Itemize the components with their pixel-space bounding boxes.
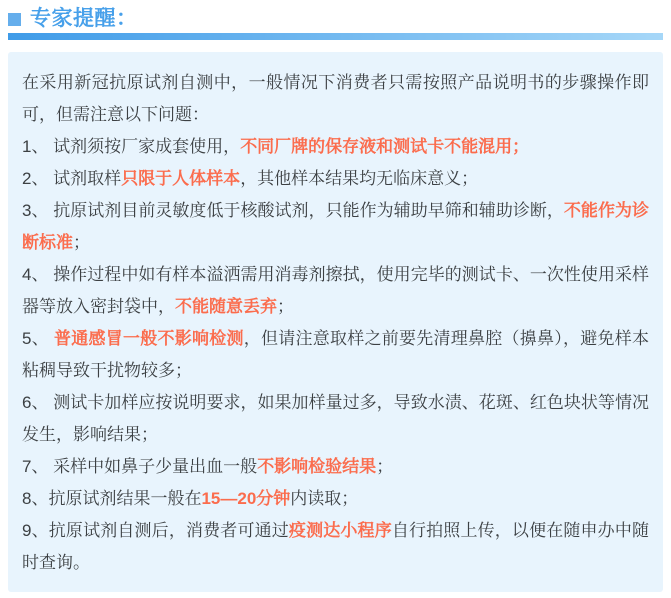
text-segment: 8、抗原试剂结果一般在 (22, 489, 201, 508)
text-segment: ； (376, 457, 393, 476)
divider-bar (8, 33, 663, 40)
paragraph: 5、 普通感冒一般不影响检测，但请注意取样之前要先清理鼻腔（擤鼻），避免样本粘稠… (22, 323, 649, 387)
paragraph: 2、 试剂取样只限于人体样本，其他样本结果均无临床意义； (22, 163, 649, 195)
paragraph-list: 在采用新冠抗原试剂自测中，一般情况下消费者只需按照产品说明书的步骤操作即可，但需… (22, 67, 649, 579)
highlight-segment: 疫测达小程序 (289, 521, 392, 540)
text-segment: ； (73, 233, 90, 252)
text-segment: 在采用新冠抗原试剂自测中，一般情况下消费者只需按照产品说明书的步骤操作即可，但需… (22, 73, 649, 124)
text-segment: 4、 操作过程中如有样本溢洒需用消毒剂擦拭，使用完毕的测试卡、一次性使用采样器等… (22, 265, 649, 316)
highlight-segment: 不影响检验结果 (257, 457, 376, 476)
content-panel: 在采用新冠抗原试剂自测中，一般情况下消费者只需按照产品说明书的步骤操作即可，但需… (8, 52, 663, 592)
text-segment: 6、 测试卡加样应按说明要求，如果加样量过多，导致水渍、花斑、红色块状等情况发生… (22, 393, 649, 444)
highlight-segment: 15—20分钟 (201, 489, 290, 508)
text-segment: 2、 试剂取样 (22, 169, 121, 188)
section-header: 专家提醒： (8, 0, 138, 33)
square-bullet-icon (8, 13, 21, 26)
article-page: 专家提醒： 在采用新冠抗原试剂自测中，一般情况下消费者只需按照产品说明书的步骤操… (0, 0, 671, 598)
paragraph: 1、 试剂须按厂家成套使用，不同厂牌的保存液和测试卡不能混用； (22, 131, 649, 163)
paragraph: 4、 操作过程中如有样本溢洒需用消毒剂擦拭，使用完毕的测试卡、一次性使用采样器等… (22, 259, 649, 323)
text-segment: ； (277, 297, 294, 316)
text-segment: 7、 采样中如鼻子少量出血一般 (22, 457, 257, 476)
text-segment: 内读取； (290, 489, 358, 508)
paragraph: 9、抗原试剂自测后，消费者可通过疫测达小程序自行拍照上传，以便在随申办中随时查询… (22, 515, 649, 579)
paragraph: 7、 采样中如鼻子少量出血一般不影响检验结果； (22, 451, 649, 483)
paragraph: 8、抗原试剂结果一般在15—20分钟内读取； (22, 483, 649, 515)
text-segment: 1、 试剂须按厂家成套使用， (22, 137, 240, 156)
paragraph: 3、 抗原试剂目前灵敏度低于核酸试剂，只能作为辅助早筛和辅助诊断，不能作为诊断标… (22, 195, 649, 259)
highlight-segment: 普通感冒一般不影响检测 (54, 329, 244, 348)
highlight-segment: 不能随意丢弃 (175, 297, 277, 316)
highlight-segment: 不同厂牌的保存液和测试卡不能混用； (240, 137, 529, 156)
text-segment: 3、 抗原试剂目前灵敏度低于核酸试剂，只能作为辅助早筛和辅助诊断， (22, 201, 564, 220)
section-title: 专家提醒： (30, 2, 138, 32)
paragraph: 6、 测试卡加样应按说明要求，如果加样量过多，导致水渍、花斑、红色块状等情况发生… (22, 387, 649, 451)
text-segment: ，其他样本结果均无临床意义； (240, 169, 478, 188)
text-segment: 9、抗原试剂自测后，消费者可通过 (22, 521, 289, 540)
paragraph: 在采用新冠抗原试剂自测中，一般情况下消费者只需按照产品说明书的步骤操作即可，但需… (22, 67, 649, 131)
text-segment: 5、 (22, 329, 54, 348)
highlight-segment: 只限于人体样本 (121, 169, 240, 188)
